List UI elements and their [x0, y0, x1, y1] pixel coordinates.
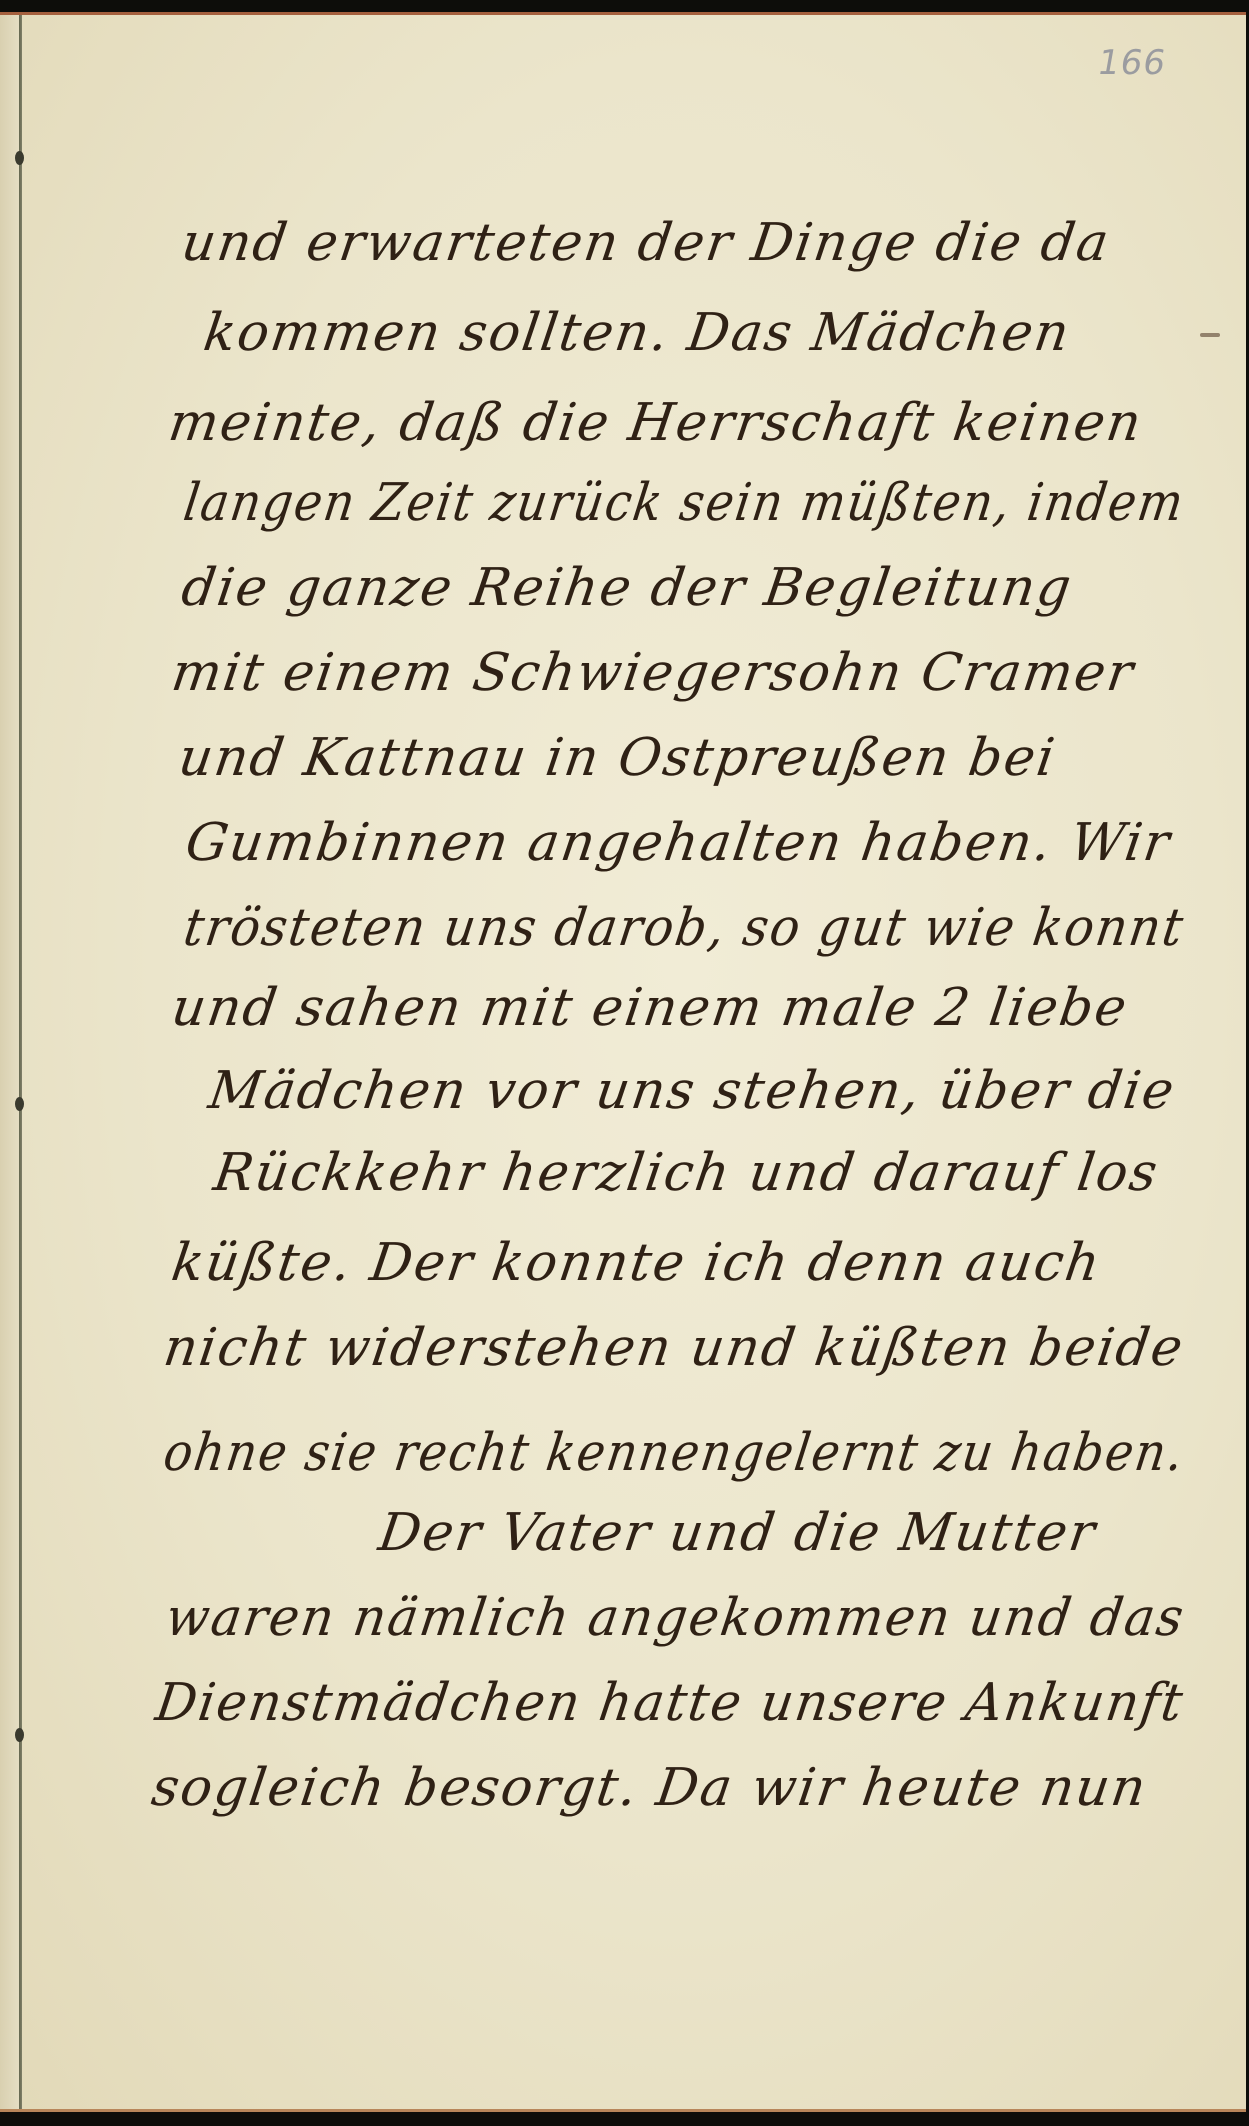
- text-line: und Kattnau in Ostpreußen bei: [175, 728, 1060, 788]
- scan-background: 166 und erwarteten der Dinge die da komm…: [0, 0, 1249, 2126]
- text-line: langen Zeit zurück sein müßten, indem: [180, 473, 1188, 533]
- text-line: und erwarteten der Dinge die da: [178, 213, 1114, 273]
- text-line: und sahen mit einem male 2 liebe: [168, 978, 1132, 1038]
- text-line: trösteten uns darob, so gut wie konnt: [180, 898, 1188, 958]
- manuscript-page: 166 und erwarteten der Dinge die da komm…: [0, 12, 1246, 2112]
- text-line: die ganze Reihe der Begleitung: [178, 558, 1076, 618]
- text-line: sogleich besorgt. Da wir heute nun: [148, 1758, 1151, 1818]
- text-line: Der Vater und die Mutter: [375, 1503, 1100, 1563]
- text-line: Dienstmädchen hatte unsere Ankunft: [152, 1673, 1188, 1733]
- text-line: Gumbinnen angehalten haben. Wir: [182, 813, 1175, 873]
- text-line: Rückkehr herzlich und darauf los: [210, 1143, 1163, 1203]
- handwritten-text: und erwarteten der Dinge die da kommen s…: [0, 15, 1246, 2109]
- text-line: ohne sie recht kennengelernt zu haben.: [160, 1423, 1188, 1483]
- text-line: mit einem Schwiegersohn Cramer: [168, 643, 1138, 703]
- text-line: kommen sollten. Das Mädchen: [200, 303, 1074, 363]
- text-line: meinte, daß die Herrschaft keinen: [165, 393, 1147, 453]
- text-line: küßte. Der konnte ich denn auch: [168, 1233, 1105, 1293]
- text-line: nicht widerstehen und küßten beide: [160, 1318, 1188, 1378]
- text-line: Mädchen vor uns stehen, über die: [205, 1061, 1179, 1121]
- text-line: waren nämlich angekommen und das: [162, 1588, 1189, 1648]
